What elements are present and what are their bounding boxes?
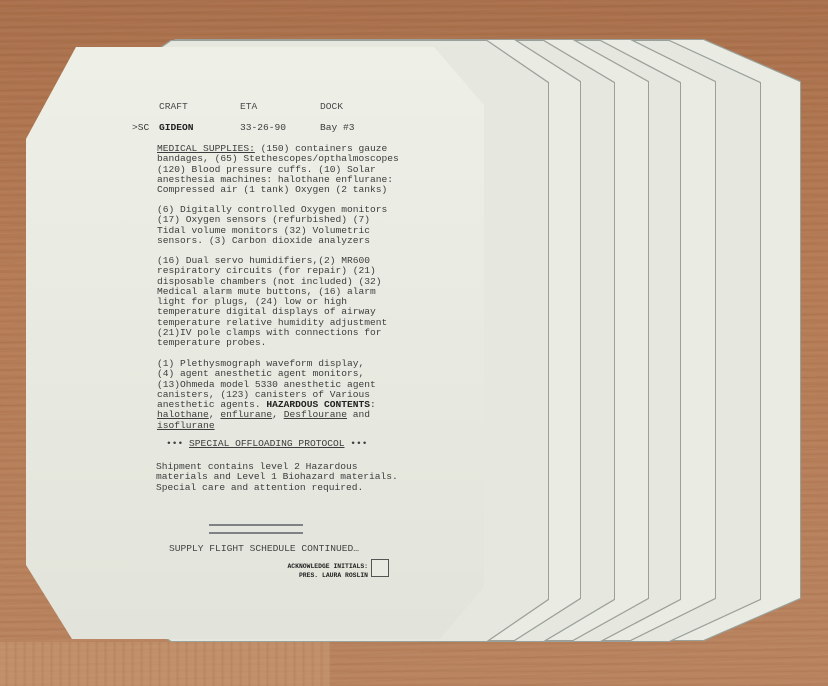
- paragraph-shipment-notice: Shipment contains level 2 Hazardous mate…: [156, 462, 396, 493]
- front-document-sheet: CRAFT ETA DOCK >SC GIDEON 33-26-90 Bay #…: [26, 47, 484, 639]
- paragraph-oxygen-monitors: (6) Digitally controlled Oxygen monitors…: [157, 205, 397, 246]
- hazard-isoflurane: isoflurane: [157, 420, 215, 431]
- special-offloading-protocol-heading: ••• SPECIAL OFFLOADING PROTOCOL •••: [166, 439, 406, 449]
- schedule-continued-label: SUPPLY FLIGHT SCHEDULE CONTINUED…: [169, 544, 359, 554]
- double-rule-divider: [209, 524, 303, 534]
- paragraph-anesthetic-agents: (1) Plethysmograph waveform display, (4)…: [157, 359, 397, 431]
- header-craft: CRAFT: [159, 102, 188, 112]
- paragraph-humidifiers: (16) Dual servo humidifiers,(2) MR600 re…: [157, 256, 397, 349]
- entry-prefix: >SC: [132, 123, 149, 133]
- hazard-desflourane: Desflourane: [284, 409, 347, 420]
- acknowledge-initials-label: ACKNOWLEDGE INITIALS: PRES. LAURA ROSLIN: [248, 563, 368, 580]
- entry-dock: Bay #3: [320, 123, 355, 133]
- entry-eta: 33-26-90: [240, 123, 286, 133]
- hazard-enflurane: enflurane: [220, 409, 272, 420]
- header-dock: DOCK: [320, 102, 343, 112]
- entry-craft: GIDEON: [159, 123, 194, 133]
- initials-box[interactable]: [371, 559, 389, 577]
- supply-flight-schedule: CRAFT ETA DOCK >SC GIDEON 33-26-90 Bay #…: [26, 47, 484, 639]
- header-eta: ETA: [240, 102, 257, 112]
- paragraph-medical-supplies: MEDICAL SUPPLIES: (150) containers gauze…: [157, 144, 397, 195]
- desk-grain-patch: [0, 642, 330, 686]
